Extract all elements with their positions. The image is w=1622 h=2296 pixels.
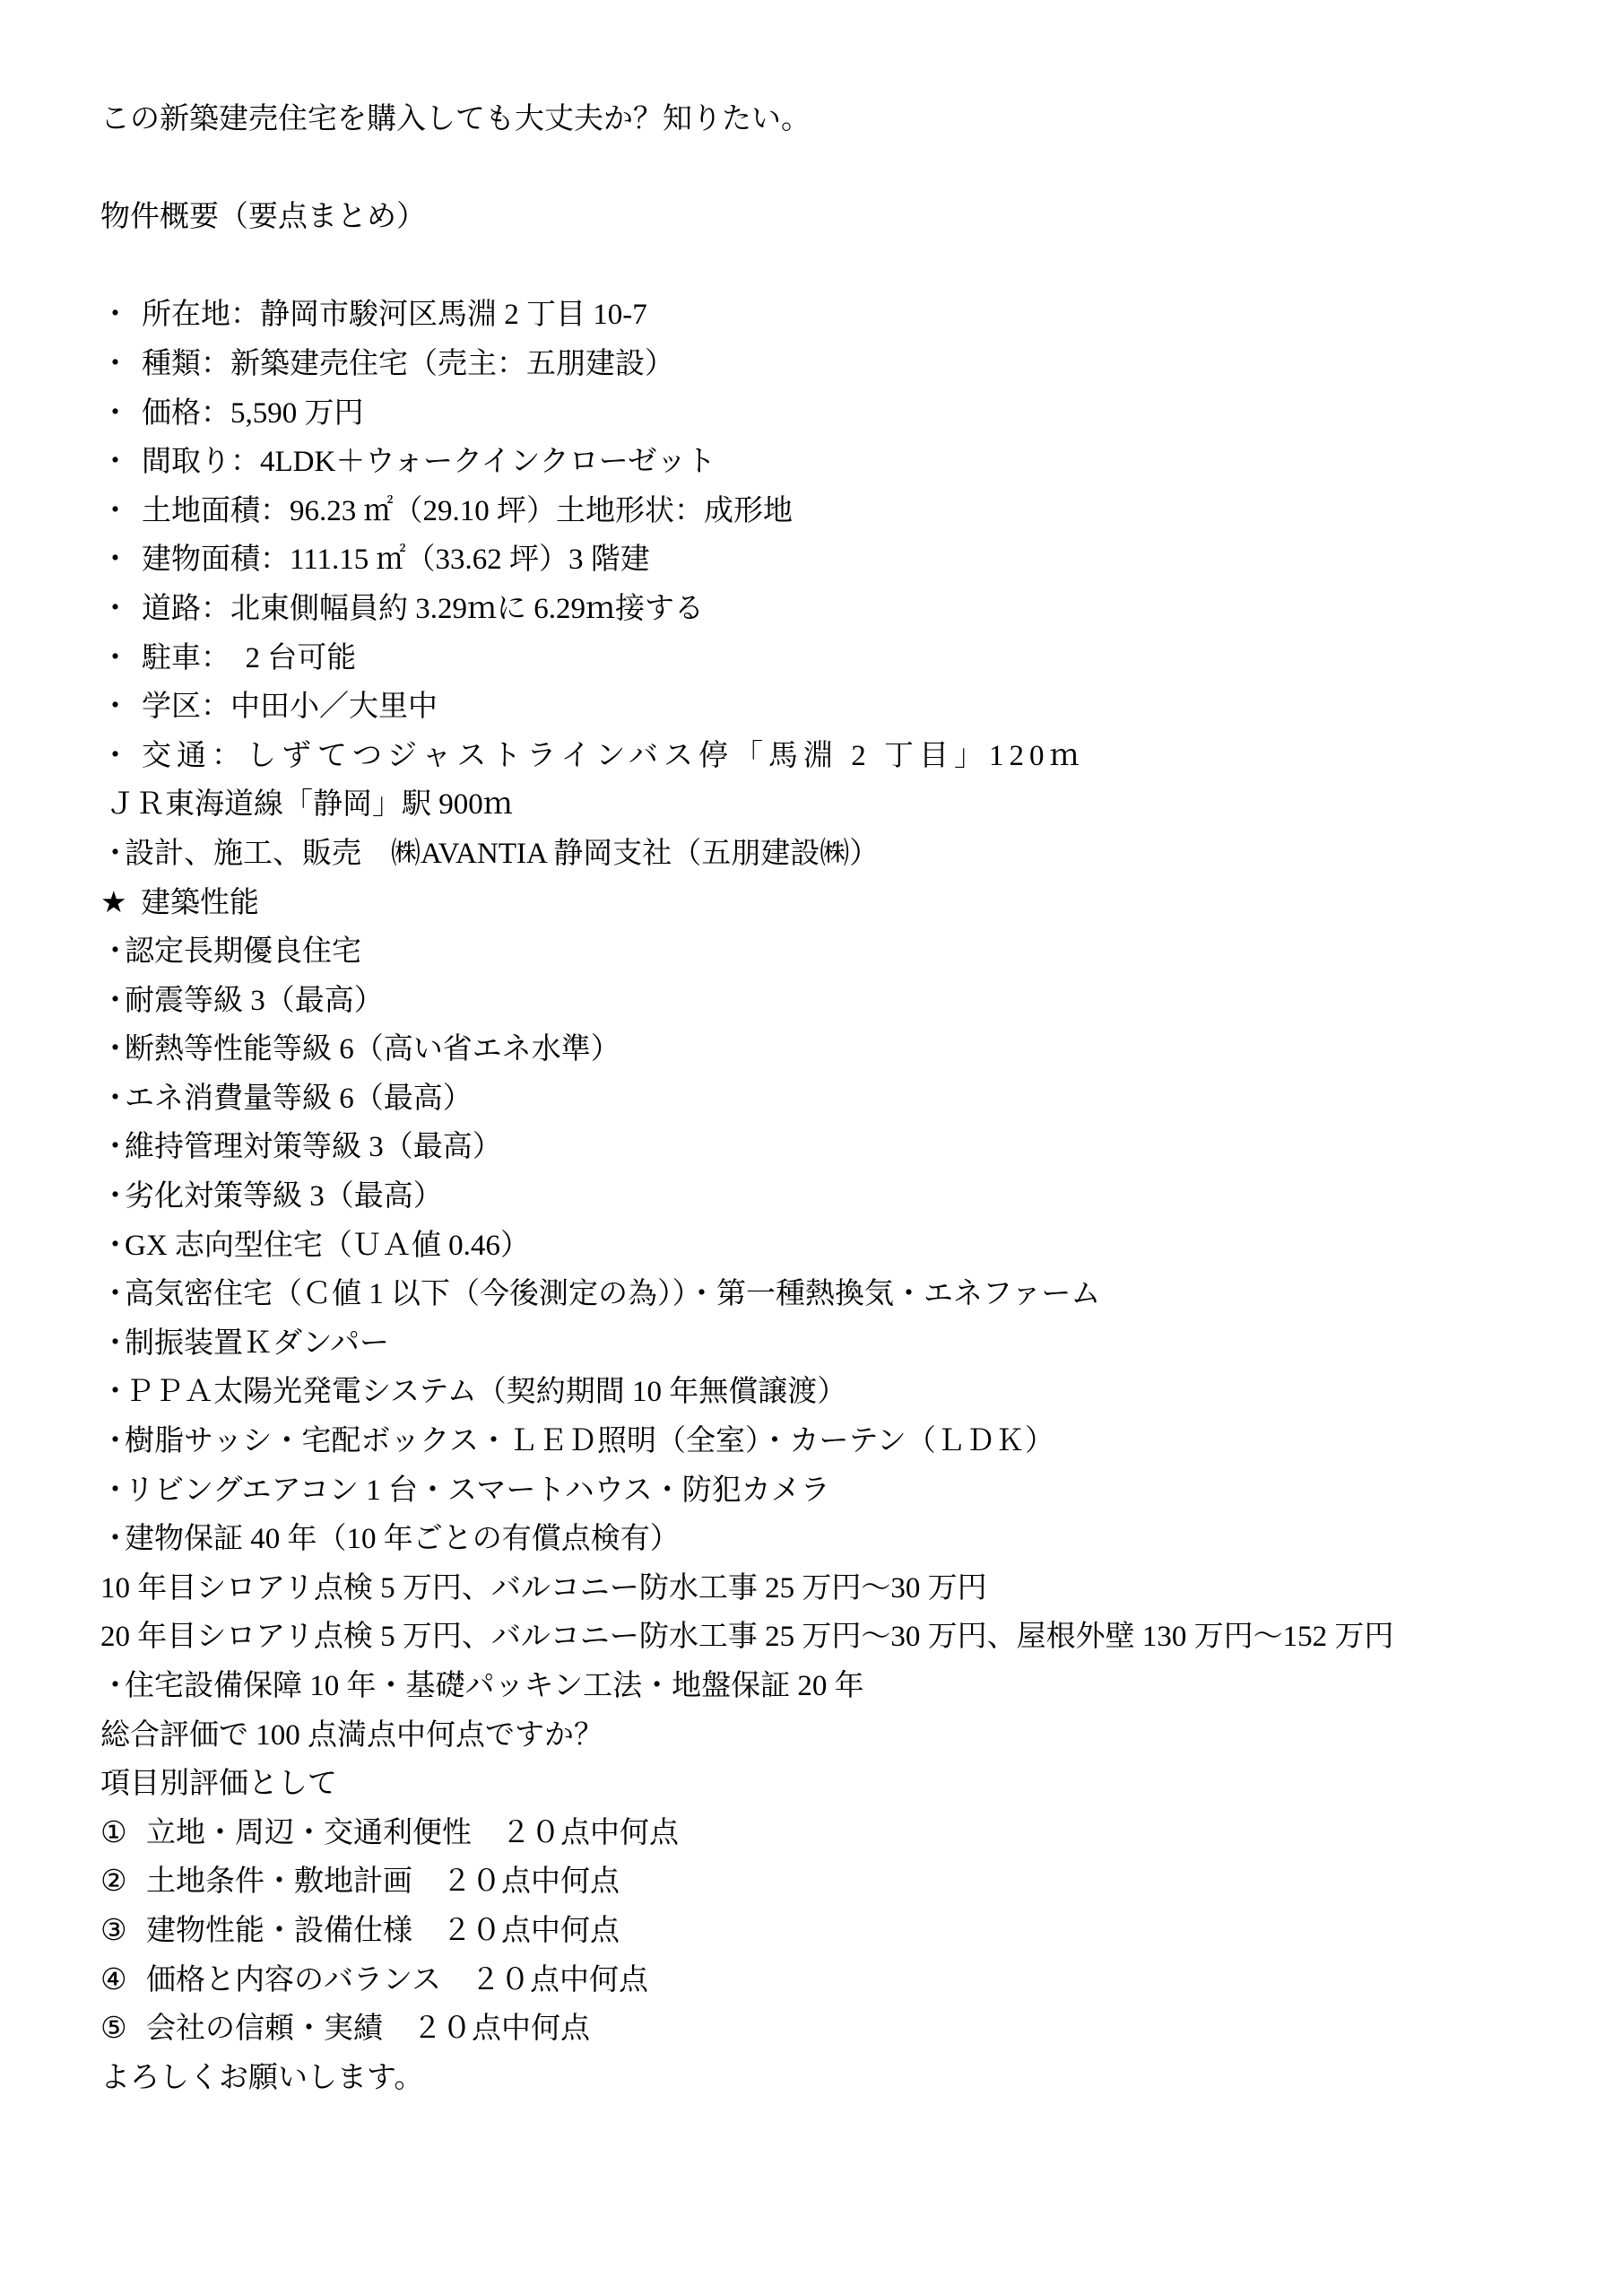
doc-line: ・耐震等級 3（最高）: [100, 977, 1622, 1026]
bullet-icon: ・: [100, 1319, 125, 1369]
doc-line: ・道路：北東側幅員約 3.29ｍに 6.29ｍ接する: [100, 585, 1622, 634]
bullet-icon: ・: [100, 732, 142, 781]
star-icon: ★: [100, 879, 141, 928]
circled-number-icon: ④: [100, 1956, 146, 2005]
circled-number-icon: ③: [100, 1907, 146, 1956]
doc-line-text: ＰＰＡ太陽光発電システム（契約期間 10 年無償譲渡）: [125, 1376, 846, 1408]
doc-line: ・設計、施工、販売 ㈱AVANTIA 静岡支社（五朋建設㈱）: [100, 830, 1622, 879]
doc-line-text: リビングエアコン 1 台・スマートハウス・防犯カメラ: [125, 1474, 830, 1507]
doc-line: ・住宅設備保障 10 年・基礎パッキン工法・地盤保証 20 年: [100, 1662, 1622, 1711]
doc-line-text: 建築性能: [141, 887, 259, 919]
doc-line-text: 20 年目シロアリ点検 5 万円、バルコニー防水工事 25 万円〜30 万円、屋…: [100, 1621, 1393, 1653]
doc-line: ・学区：中田小／大里中: [100, 683, 1622, 732]
doc-line: ④価格と内容のバランス ２０点中何点: [100, 1956, 1622, 2005]
document-content: この新築建売住宅を購入しても大丈夫か？知りたい。 物件概要（要点まとめ） ・所在…: [100, 95, 1622, 2102]
doc-line: ・GX 志向型住宅（ＵＡ値 0.46）: [100, 1222, 1622, 1271]
doc-line: ・駐車： 2 台可能: [100, 634, 1622, 683]
doc-line: 20 年目シロアリ点検 5 万円、バルコニー防水工事 25 万円〜30 万円、屋…: [100, 1613, 1622, 1662]
doc-line: ・制振装置Ｋダンパー: [100, 1319, 1622, 1369]
doc-line: ③建物性能・設備仕様 ２０点中何点: [100, 1907, 1622, 1956]
doc-line: [100, 144, 1622, 194]
circled-number-icon: ②: [100, 1857, 146, 1907]
doc-line-text: 物件概要（要点まとめ）: [100, 201, 426, 233]
doc-line-text: 土地条件・敷地計画 ２０点中何点: [146, 1865, 620, 1898]
doc-line-text: 道路：北東側幅員約 3.29ｍに 6.29ｍ接する: [142, 593, 704, 625]
doc-line-text: 認定長期優良住宅: [125, 935, 361, 968]
bullet-icon: ・: [100, 1123, 125, 1172]
doc-line: ・認定長期優良住宅: [100, 927, 1622, 977]
doc-line: ・高気密住宅（Ｃ値 1 以下（今後測定の為））・第一種熱換気・エネファーム: [100, 1270, 1622, 1319]
document-page: この新築建売住宅を購入しても大丈夫か？知りたい。 物件概要（要点まとめ） ・所在…: [0, 0, 1622, 2296]
bullet-icon: ・: [100, 487, 142, 536]
doc-line: ＪＲ東海道線「静岡」駅 900ｍ: [100, 780, 1622, 830]
doc-line-text: 10 年目シロアリ点検 5 万円、バルコニー防水工事 25 万円〜30 万円: [100, 1572, 987, 1605]
doc-line-text: 間取り：4LDK＋ウォークインクローゼット: [142, 446, 716, 478]
bullet-icon: ・: [100, 535, 142, 585]
bullet-icon: ・: [100, 1417, 125, 1466]
doc-line-text: 高気密住宅（Ｃ値 1 以下（今後測定の為））・第一種熱換気・エネファーム: [125, 1278, 1100, 1310]
doc-line: ②土地条件・敷地計画 ２０点中何点: [100, 1857, 1622, 1907]
doc-line-text: 学区：中田小／大里中: [142, 691, 438, 723]
doc-line-text: 建物保証 40 年（10 年ごとの有償点検有）: [125, 1523, 680, 1555]
bullet-icon: ・: [100, 340, 142, 389]
doc-line: よろしくお願いします。: [100, 2054, 1622, 2103]
bullet-icon: ・: [100, 1466, 125, 1516]
bullet-icon: ・: [100, 1074, 125, 1124]
doc-line: ・建物保証 40 年（10 年ごとの有償点検有）: [100, 1515, 1622, 1564]
doc-line: ・建物面積：111.15 ㎡（33.62 坪）3 階建: [100, 535, 1622, 585]
doc-line-text: 所在地：静岡市駿河区馬淵 2 丁目 10-7: [142, 299, 647, 331]
doc-line: ・断熱等性能等級 6（高い省エネ水準）: [100, 1025, 1622, 1074]
doc-line-text: 種類：新築建売住宅（売主：五朋建設）: [142, 348, 674, 380]
bullet-icon: ・: [100, 291, 142, 340]
bullet-icon: ・: [100, 1515, 125, 1564]
doc-line: ①立地・周辺・交通利便性 ２０点中何点: [100, 1809, 1622, 1858]
doc-line: 物件概要（要点まとめ）: [100, 193, 1622, 242]
bullet-icon: ・: [100, 585, 142, 634]
doc-line: ★建築性能: [100, 879, 1622, 928]
circled-number-icon: ⑤: [100, 2005, 146, 2054]
doc-line-text: 断熱等性能等級 6（高い省エネ水準）: [125, 1033, 620, 1065]
doc-line-text: 駐車： 2 台可能: [142, 642, 356, 674]
doc-line-text: 交通：しずてつジャストラインバス停「馬淵 2 丁目」120ｍ: [142, 740, 1085, 772]
doc-line-text: この新築建売住宅を購入しても大丈夫か？知りたい。: [100, 103, 811, 135]
doc-line-text: 会社の信頼・実績 ２０点中何点: [146, 2013, 590, 2045]
doc-line-text: 価格：5,590 万円: [142, 397, 364, 430]
doc-line-text: 建物面積：111.15 ㎡（33.62 坪）3 階建: [142, 544, 650, 576]
bullet-icon: ・: [100, 830, 125, 879]
doc-line-text: 住宅設備保障 10 年・基礎パッキン工法・地盤保証 20 年: [125, 1670, 864, 1702]
doc-line: この新築建売住宅を購入しても大丈夫か？知りたい。: [100, 95, 1622, 144]
doc-line-text: 設計、施工、販売 ㈱AVANTIA 静岡支社（五朋建設㈱）: [125, 838, 879, 870]
doc-line: ・ＰＰＡ太陽光発電システム（契約期間 10 年無償譲渡）: [100, 1368, 1622, 1417]
bullet-icon: ・: [100, 927, 125, 977]
bullet-icon: ・: [100, 389, 142, 439]
doc-line: ・樹脂サッシ・宅配ボックス・ＬＥＤ照明（全室）・カーテン（ＬＤＫ）: [100, 1417, 1622, 1466]
bullet-icon: ・: [100, 438, 142, 487]
doc-line-text: ＪＲ東海道線「静岡」駅 900ｍ: [106, 788, 513, 821]
doc-line-text: 建物性能・設備仕様 ２０点中何点: [146, 1915, 620, 1947]
doc-line: ・交通：しずてつジャストラインバス停「馬淵 2 丁目」120ｍ: [100, 732, 1622, 781]
doc-line-text: 樹脂サッシ・宅配ボックス・ＬＥＤ照明（全室）・カーテン（ＬＤＫ）: [125, 1425, 1054, 1457]
bullet-icon: ・: [100, 634, 142, 683]
doc-line: ・維持管理対策等級 3（最高）: [100, 1123, 1622, 1172]
doc-line-text: 価格と内容のバランス ２０点中何点: [146, 1964, 648, 1996]
doc-line-text: GX 志向型住宅（ＵＡ値 0.46）: [125, 1230, 530, 1262]
doc-line: ・間取り：4LDK＋ウォークインクローゼット: [100, 438, 1622, 487]
doc-line-text: 総合評価で 100 点満点中何点ですか？: [100, 1719, 603, 1752]
circled-number-icon: ①: [100, 1809, 146, 1858]
doc-line-text: エネ消費量等級 6（最高）: [125, 1083, 473, 1115]
bullet-icon: ・: [100, 1270, 125, 1319]
doc-line: ・リビングエアコン 1 台・スマートハウス・防犯カメラ: [100, 1466, 1622, 1516]
doc-line: ・エネ消費量等級 6（最高）: [100, 1074, 1622, 1124]
doc-line-text: 項目別評価として: [100, 1768, 337, 1800]
bullet-icon: ・: [100, 683, 142, 732]
doc-line: ⑤会社の信頼・実績 ２０点中何点: [100, 2005, 1622, 2054]
doc-line: ・所在地：静岡市駿河区馬淵 2 丁目 10-7: [100, 291, 1622, 340]
doc-line-text: 土地面積：96.23 ㎡（29.10 坪）土地形状：成形地: [142, 495, 793, 527]
doc-line: ・劣化対策等級 3（最高）: [100, 1172, 1622, 1222]
bullet-icon: ・: [100, 1222, 125, 1271]
doc-line-text: 立地・周辺・交通利便性 ２０点中何点: [146, 1817, 679, 1849]
bullet-icon: ・: [100, 1172, 125, 1222]
doc-line: [100, 242, 1622, 291]
doc-line-text: 維持管理対策等級 3（最高）: [125, 1131, 502, 1163]
doc-line: 項目別評価として: [100, 1760, 1622, 1809]
doc-line-text: 制振装置Ｋダンパー: [125, 1327, 389, 1360]
doc-line-text: 耐震等級 3（最高）: [125, 985, 384, 1017]
doc-line-text: よろしくお願いします。: [100, 2062, 423, 2094]
doc-line: 10 年目シロアリ点検 5 万円、バルコニー防水工事 25 万円〜30 万円: [100, 1564, 1622, 1613]
bullet-icon: ・: [100, 1025, 125, 1074]
doc-line: 総合評価で 100 点満点中何点ですか？: [100, 1711, 1622, 1761]
doc-line-text: 劣化対策等級 3（最高）: [125, 1180, 443, 1213]
doc-line: ・土地面積：96.23 ㎡（29.10 坪）土地形状：成形地: [100, 487, 1622, 536]
bullet-icon: ・: [100, 977, 125, 1026]
doc-line: ・種類：新築建売住宅（売主：五朋建設）: [100, 340, 1622, 389]
bullet-icon: ・: [100, 1368, 125, 1417]
bullet-icon: ・: [100, 1662, 125, 1711]
doc-line: ・価格：5,590 万円: [100, 389, 1622, 439]
